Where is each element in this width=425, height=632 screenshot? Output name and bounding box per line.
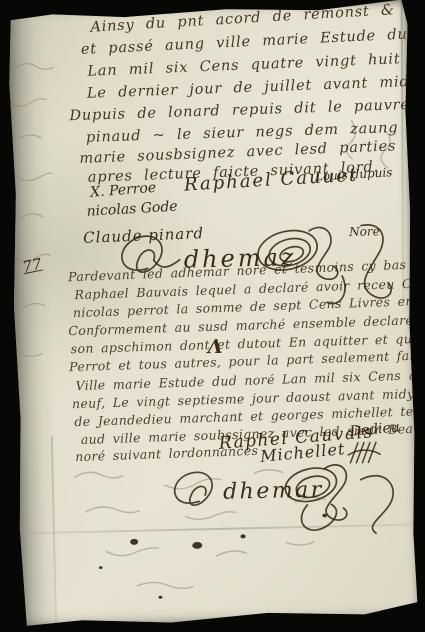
photo-backdrop: Ainsy du pnt acord de remonst & fait et … xyxy=(0,0,425,632)
notary-signature-name: dhemar xyxy=(223,478,324,505)
notary-title-abbrev: Nore xyxy=(348,224,380,239)
margin-paraph-mark: 77 xyxy=(21,257,43,275)
insertion-caret-mark: Λ xyxy=(208,338,223,357)
notary-signature-adhemar-2: dhemar xyxy=(164,454,416,550)
manuscript-page: Ainsy du pnt acord de remonst & fait et … xyxy=(4,0,421,628)
